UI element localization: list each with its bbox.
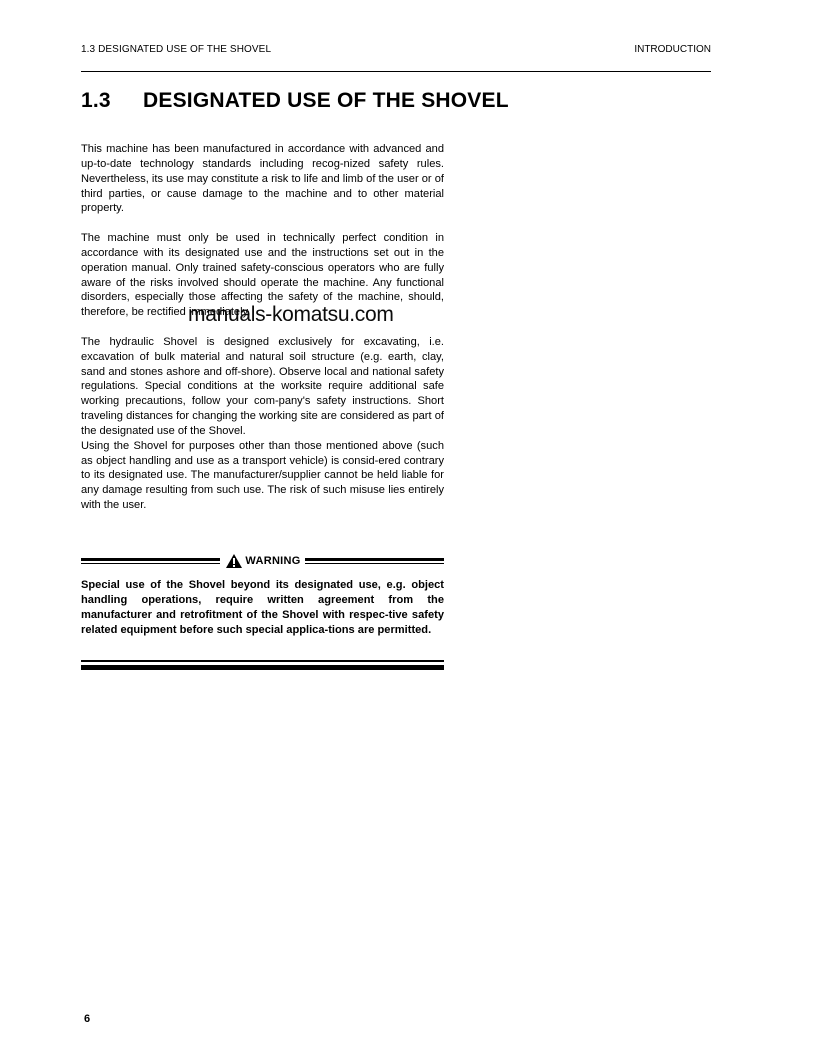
warning-rule-left <box>81 558 220 564</box>
warning-text: Special use of the Shovel beyond its des… <box>81 578 444 638</box>
running-header-section: 1.3 DESIGNATED USE OF THE SHOVEL <box>81 44 271 55</box>
paragraph-intro: This machine has been manufactured in ac… <box>81 142 444 216</box>
page-number: 6 <box>84 1013 90 1025</box>
header-divider <box>81 71 711 72</box>
section-title-text: DESIGNATED USE OF THE SHOVEL <box>143 89 509 112</box>
warning-bottom-rule-thick <box>81 665 444 670</box>
warning-header: WARNING <box>81 553 444 569</box>
warning-label: WARNING <box>245 555 300 567</box>
page-title: 1.3DESIGNATED USE OF THE SHOVEL <box>81 89 509 113</box>
warning-rule-right <box>305 558 444 564</box>
warning-bottom-rule-thin <box>81 660 444 662</box>
warning-triangle-icon <box>226 554 242 568</box>
body-text: This machine has been manufactured in ac… <box>81 142 444 513</box>
section-number: 1.3 <box>81 89 143 113</box>
running-header-chapter: INTRODUCTION <box>634 44 711 55</box>
paragraph-designated-use: The hydraulic Shovel is designed exclusi… <box>81 335 444 439</box>
watermark: manuals-komatsu.com <box>188 303 394 327</box>
paragraph-misuse: Using the Shovel for purposes other than… <box>81 439 444 513</box>
